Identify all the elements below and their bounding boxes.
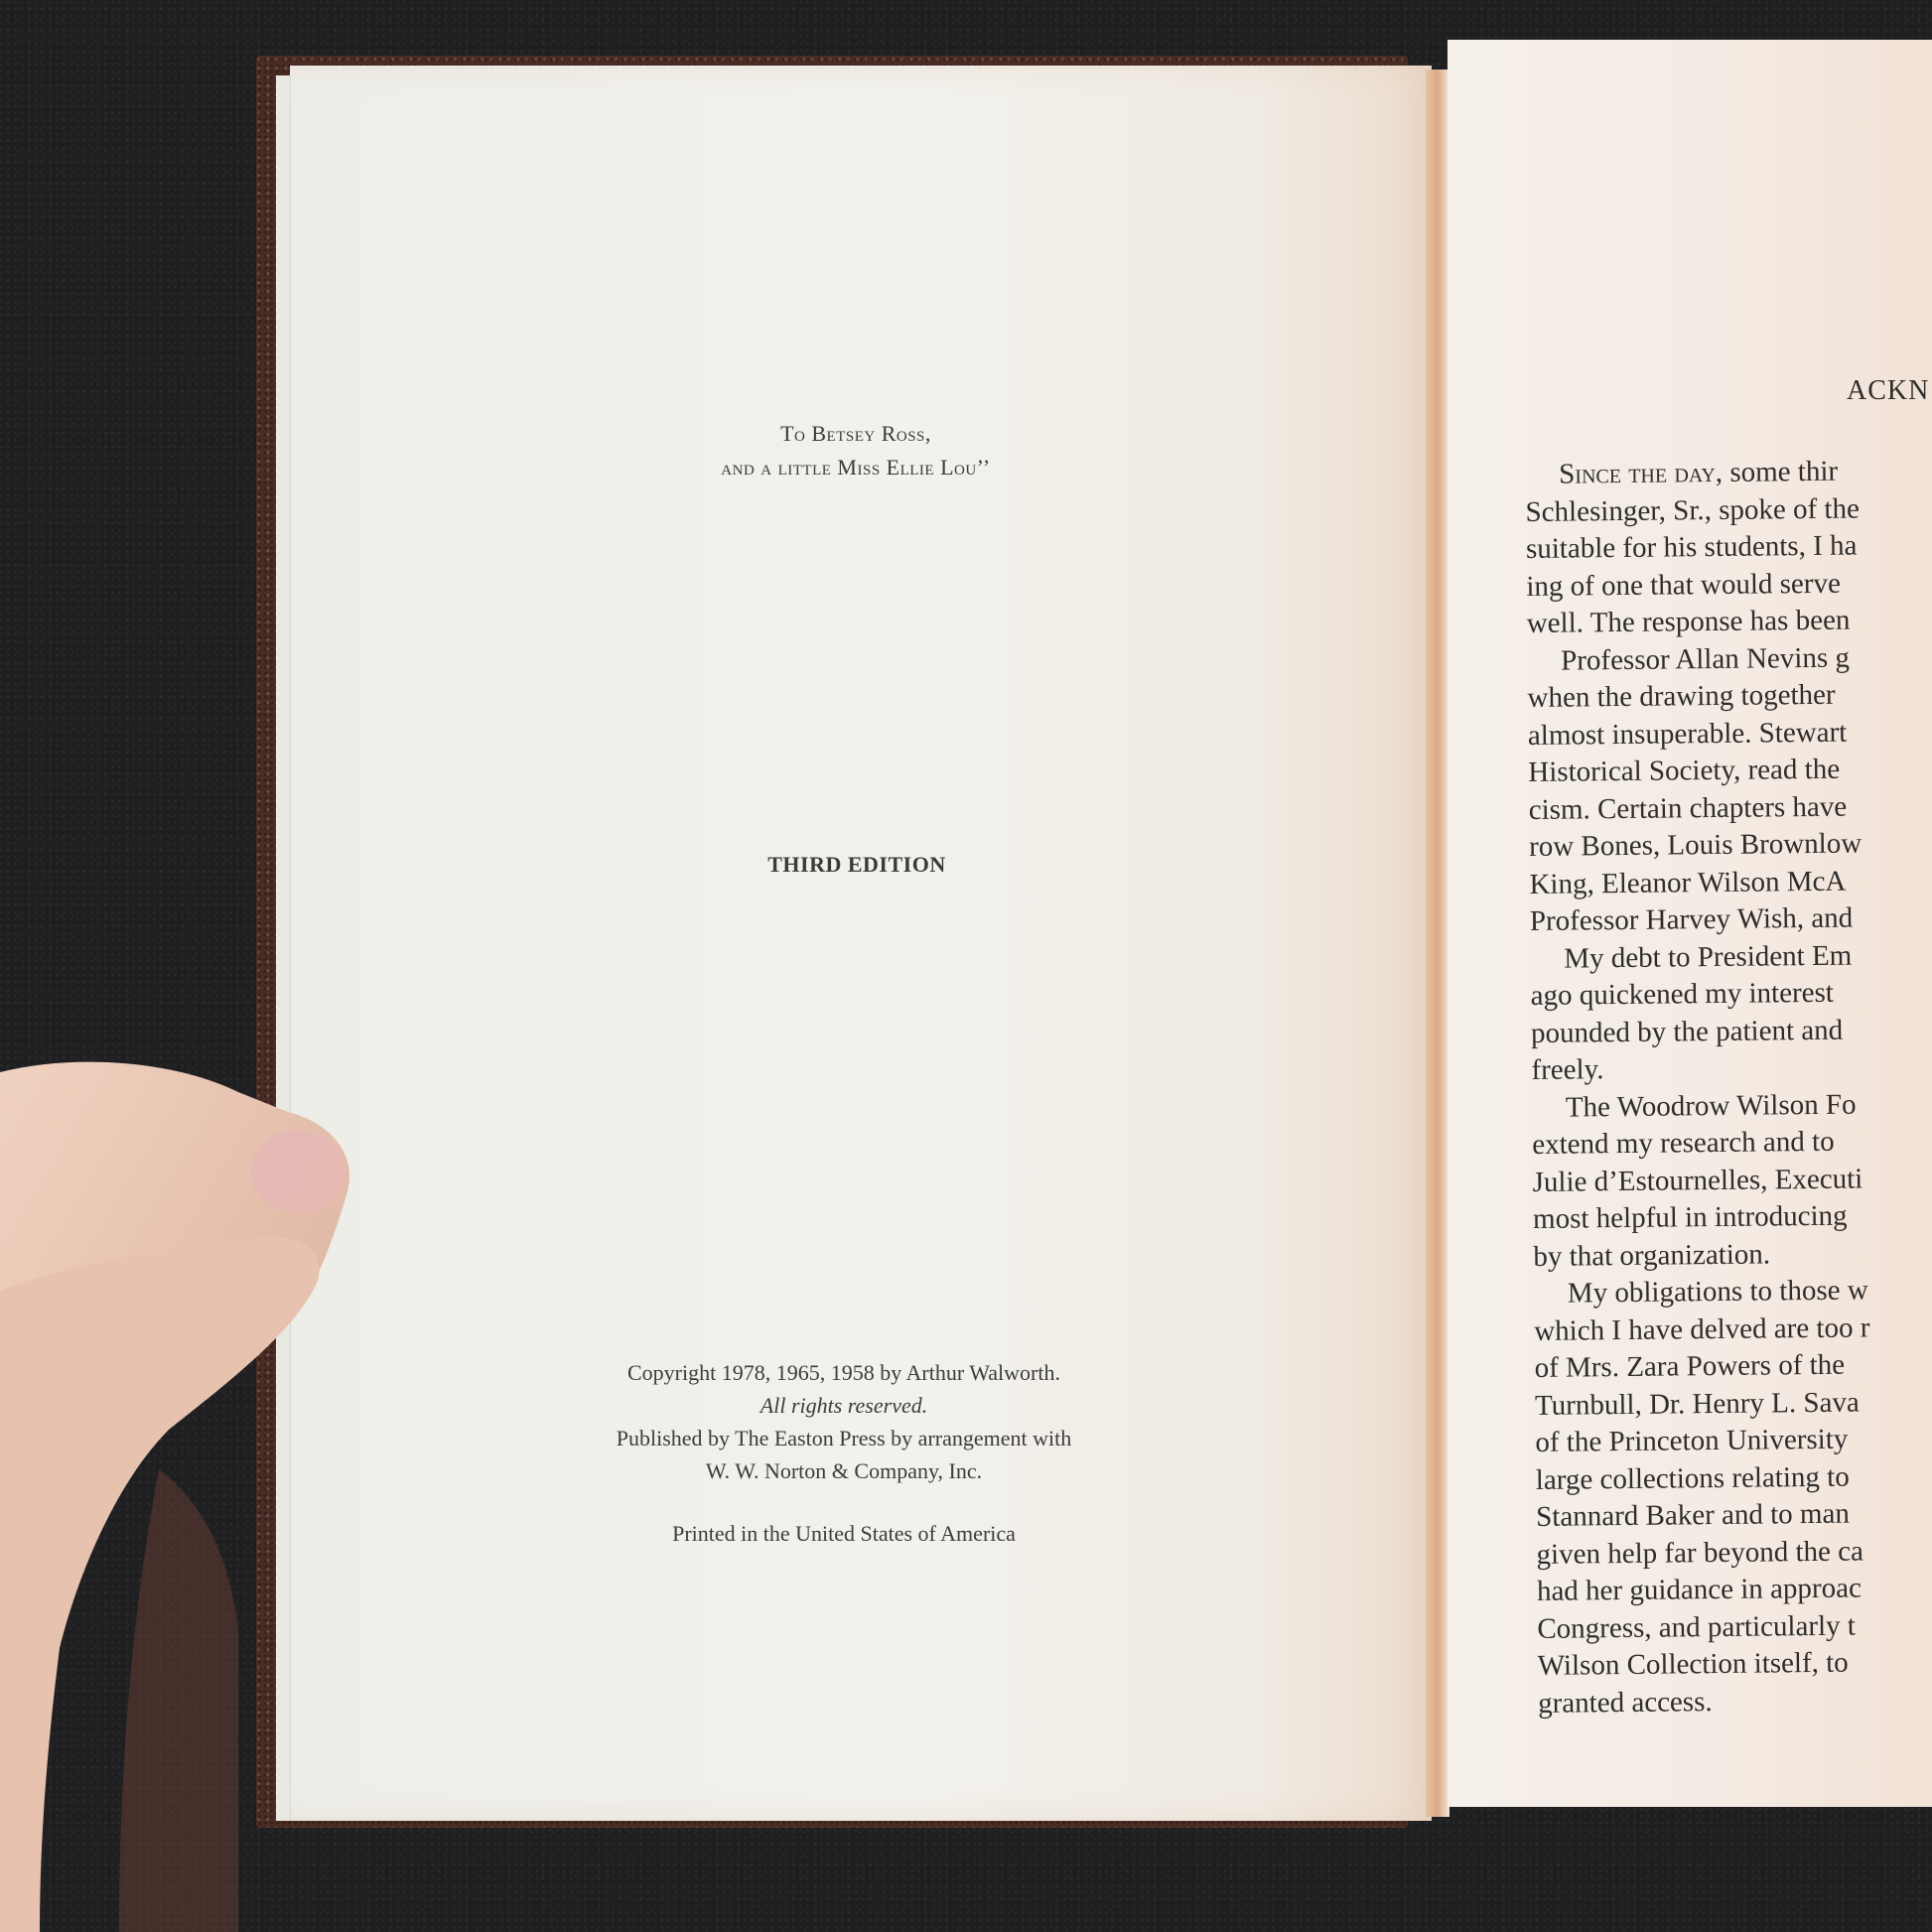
line-text: Professor Allan Nevins g [1561,641,1850,676]
book-gutter [1426,69,1449,1817]
line-text: My debt to President Em [1564,939,1852,974]
line-text: had her guidance in approac [1537,1573,1862,1607]
acknowledgments-line: My debt to President Em [1530,936,1932,978]
line-text: given help far beyond the ca [1536,1535,1863,1570]
line-text: Julie d’Estournelles, Executi [1532,1163,1863,1197]
acknowledgments-line: which I have delved are too r [1534,1309,1932,1350]
acknowledgments-line: The Woodrow Wilson Fo [1532,1085,1932,1127]
line-text: King, Eleanor Wilson McA [1529,865,1846,899]
line-text: large collections relating to [1536,1460,1850,1495]
acknowledgments-line: Congress, and particularly t [1537,1606,1932,1648]
line-text: Professor Harvey Wish, and [1530,902,1854,937]
dedication-line-2: and a little Miss Ellie Lou’’ [0,451,1712,484]
acknowledgments-line: ing of one that would serve [1526,564,1932,606]
line-text: some thir [1723,456,1838,488]
acknowledgments-line: Schlesinger, Sr., spoke of the [1525,489,1932,531]
line-text: freely. [1531,1053,1603,1086]
acknowledgments-line: Professor Allan Nevins g [1527,638,1932,680]
acknowledgments-line: of the Princeton University [1535,1420,1932,1461]
line-text: most helpful in introducing [1533,1200,1848,1235]
line-text: cism. Certain chapters have [1529,790,1848,825]
line-text: row Bones, Louis Brownlow [1529,827,1862,863]
acknowledgments-line: ago quickened my interest [1530,973,1932,1015]
line-text: Turnbull, Dr. Henry L. Sava [1535,1386,1860,1421]
dedication-line-1: To Betsey Ross, [0,417,1712,451]
acknowledgments-line: most helpful in introducing [1533,1196,1932,1238]
line-text: well. The response has been [1527,605,1851,639]
photo-scene: To Betsey Ross, and a little Miss Ellie … [0,0,1932,1932]
line-text: pounded by the patient and [1531,1014,1843,1048]
acknowledgments-line: Since the day, some thir [1525,452,1932,493]
line-text: Stannard Baker and to man [1536,1498,1850,1533]
acknowledgments-line: row Bones, Louis Brownlow [1529,824,1932,866]
acknowledgments-line: given help far beyond the ca [1536,1532,1932,1574]
acknowledgments-line: pounded by the patient and [1531,1011,1932,1052]
line-text: The Woodrow Wilson Fo [1566,1088,1857,1123]
line-text: of the Princeton University [1535,1424,1848,1458]
acknowledgments-line: granted access. [1538,1681,1932,1723]
line-text: My obligations to those w [1568,1274,1868,1309]
line-text: ago quickened my interest [1531,977,1835,1012]
acknowledgments-line: almost insuperable. Stewart [1528,713,1932,755]
line-text: granted access. [1538,1686,1713,1720]
line-text: when the drawing together [1527,679,1835,714]
line-text: suitable for his students, I ha [1526,530,1858,565]
acknowledgments-line: Wilson Collection itself, to [1538,1643,1932,1685]
line-text: Congress, and particularly t [1537,1609,1856,1644]
acknowledgments-line: well. The response has been [1527,601,1932,642]
acknowledgments-line: My obligations to those w [1534,1271,1932,1312]
acknowledgments-line: when the drawing together [1527,675,1932,717]
hand-holding-book [0,1033,417,1932]
acknowledgments-line: Professor Harvey Wish, and [1530,898,1932,940]
opening-smallcaps: Since the day, [1559,457,1723,490]
acknowledgments-line: King, Eleanor Wilson McA [1529,862,1932,903]
dedication: To Betsey Ross, and a little Miss Ellie … [0,417,1712,484]
acknowledgments-line: Julie d’Estournelles, Executi [1532,1160,1932,1201]
acknowledgments-line: of Mrs. Zara Powers of the [1534,1345,1932,1387]
line-text: almost insuperable. Stewart [1528,716,1848,751]
acknowledgments-line: Turnbull, Dr. Henry L. Sava [1535,1383,1932,1425]
acknowledgments-line: by that organization. [1533,1234,1932,1276]
acknowledgments-line: had her guidance in approac [1537,1569,1932,1610]
line-text: of Mrs. Zara Powers of the [1534,1349,1845,1384]
line-text: extend my research and to [1532,1126,1835,1161]
left-page [290,66,1432,1821]
acknowledgments-line: large collections relating to [1536,1457,1932,1499]
acknowledgments-heading: ACKN [1847,375,1929,407]
acknowledgments-line: Historical Society, read the [1528,750,1932,791]
edition-label: THIRD EDITION [0,852,1714,878]
line-text: which I have delved are too r [1534,1311,1870,1347]
acknowledgments-line: suitable for his students, I ha [1526,526,1932,568]
line-text: by that organization. [1533,1238,1770,1272]
line-text: Schlesinger, Sr., spoke of the [1525,492,1860,528]
acknowledgments-line: extend my research and to [1532,1122,1932,1164]
line-text: Historical Society, read the [1528,754,1840,788]
acknowledgments-line: cism. Certain chapters have [1529,787,1932,829]
acknowledgments-line: Stannard Baker and to man [1536,1494,1932,1536]
line-text: Wilson Collection itself, to [1538,1647,1849,1682]
line-text: ing of one that would serve [1526,567,1841,602]
acknowledgments-body: Since the day, some thirSchlesinger, Sr.… [1525,452,1932,1723]
acknowledgments-line: freely. [1531,1047,1932,1089]
